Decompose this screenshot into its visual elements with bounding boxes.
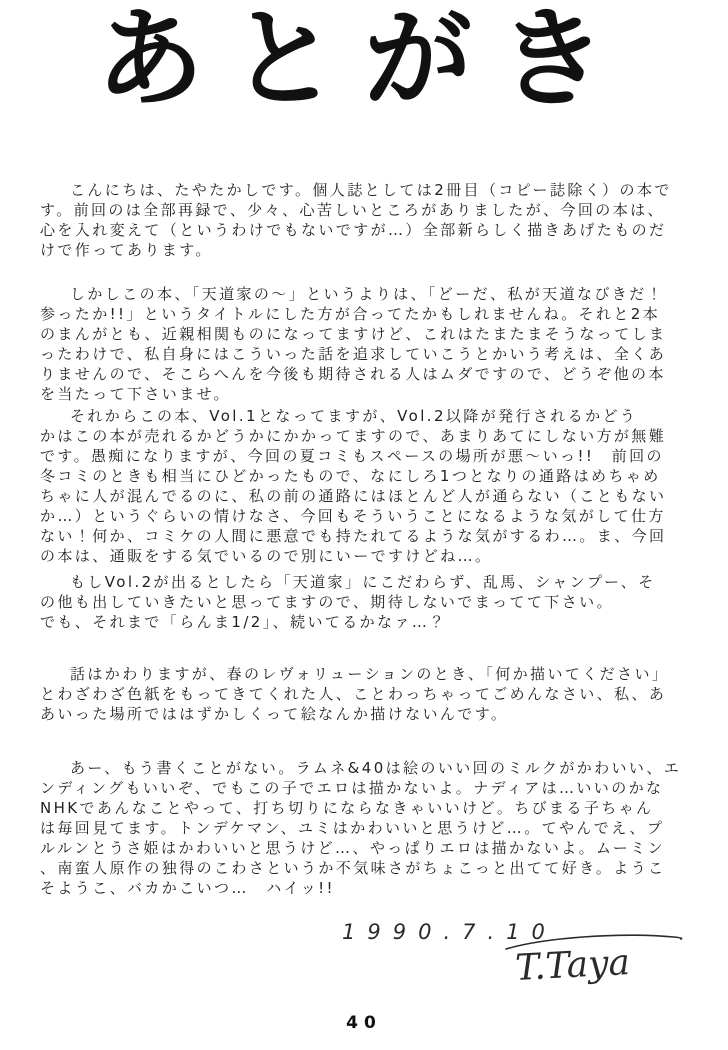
paragraph-anime-talk: あー、もう書くことがない。ラムネ&40は絵のいい回のミルクがかわいい、エ ンディ… xyxy=(40,758,690,898)
paragraph-title-comment: しかしこの本、「天道家の〜」というよりは、「どーだ、私が天道なびきだ！ 参ったか… xyxy=(40,284,690,404)
paragraph-intro: こんにちは、たやたかしです。個人誌としては2冊目（コピー誌除く）の本で す。前回… xyxy=(40,180,690,260)
page-title: あとがき xyxy=(0,0,728,127)
paragraph-vol2-comiket: それからこの本、Vol.1となってますが、Vol.2以降が発行されるかどう かは… xyxy=(40,406,690,566)
paragraph-shikishi-apology: 話はかわりますが、春のレヴォリューションのとき、「何か描いてください」 とわざわ… xyxy=(40,664,690,724)
paragraph-future-plans: もしVol.2が出るとしたら「天道家」にこだわらず、乱馬、シャンプー、そ の他も… xyxy=(40,572,690,632)
afterword-page: あとがき こんにちは、たやたかしです。個人誌としては2冊目（コピー誌除く）の本で… xyxy=(0,0,728,1050)
signature: T.Taya xyxy=(488,922,698,997)
signature-name: T.Taya xyxy=(514,942,631,989)
page-number: 40 xyxy=(0,1013,728,1033)
